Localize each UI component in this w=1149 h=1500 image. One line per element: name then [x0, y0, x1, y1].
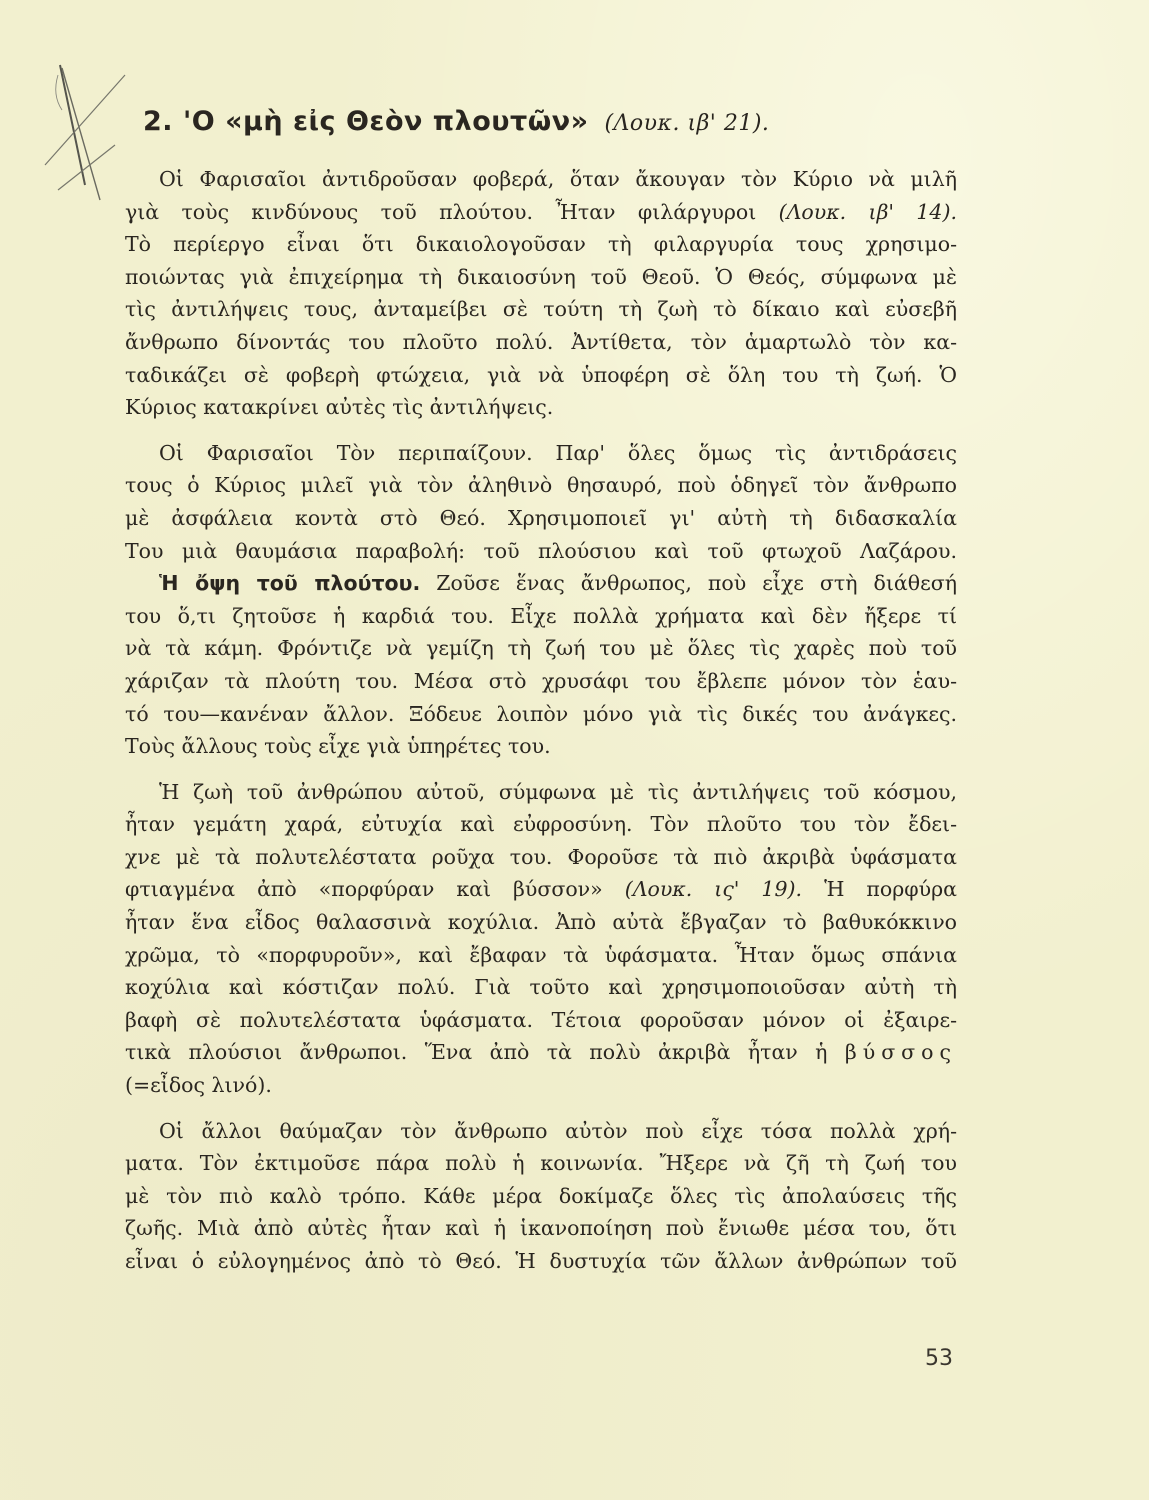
text-line: τους ὁ Κύριος μιλεῖ γιὰ τὸν ἀληθινὸ θησα… — [125, 469, 957, 502]
text-line: ἦταν γεμάτη χαρά, εὐτυχία καὶ εὐφροσύνη.… — [125, 808, 957, 841]
text-line: Κύριος κατακρίνει αὐτὲς τὶς ἀντιλήψεις. — [125, 391, 957, 424]
text-line: Οἱ Φαρισαῖοι ἀντιδροῦσαν φοβερά, ὅταν ἄκ… — [125, 163, 957, 196]
text-line: φτιαγμένα ἀπὸ «πορφύραν καὶ βύσσον» (Λου… — [125, 873, 957, 906]
subheading: Ἡ ὄψη τοῦ πλούτου. — [159, 571, 420, 595]
page-number: 53 — [925, 1346, 953, 1371]
text-line: ματα. Τὸν ἐκτιμοῦσε πάρα πολὺ ἡ κοινωνία… — [125, 1147, 957, 1180]
text-line: Οἱ Φαρισαῖοι Τὸν περιπαίζουν. Παρ' ὅλες … — [125, 437, 957, 470]
body-text: Οἱ Φαρισαῖοι ἀντιδροῦσαν φοβερά, ὅταν ἄκ… — [125, 163, 957, 1291]
text-line: του ὅ,τι ζητοῦσε ἡ καρδιά του. Εἶχε πολλ… — [125, 600, 957, 633]
text-line: ποιώντας γιὰ ἐπιχείρημα τὴ δικαιοσύνη το… — [125, 261, 957, 294]
emphasized-word: βύσσος — [845, 1040, 957, 1064]
paragraph-5: Οἱ ἄλλοι θαύμαζαν τὸν ἄνθρωπο αὐτὸν ποὺ … — [125, 1115, 957, 1278]
text-line: τικὰ πλούσιοι ἄνθρωποι. Ἕνα ἀπὸ τὰ πολὺ … — [125, 1036, 957, 1069]
text-line: νὰ τὰ κάμη. Φρόντιζε νὰ γεμίζη τὴ ζωή το… — [125, 632, 957, 665]
paragraph-3: Ἡ ὄψη τοῦ πλούτου. Ζοῦσε ἕνας ἄνθρωπος, … — [125, 567, 957, 763]
book-page: 2. 'Ο «μὴ εἰς Θεὸν πλουτῶν» (Λουκ. ιβ' 2… — [0, 0, 1149, 1500]
text-line: ζωῆς. Μιὰ ἀπὸ αὐτὲς ἦταν καὶ ἡ ἱκανοποίη… — [125, 1212, 957, 1245]
text-line: ταδικάζει σὲ φοβερὴ φτώχεια, γιὰ νὰ ὑποφ… — [125, 359, 957, 392]
text-line: τό του—κανέναν ἄλλον. Ξόδευε λοιπὸν μόνο… — [125, 698, 957, 731]
text-line: τὶς ἀντιλήψεις τους, ἀνταμείβει σὲ τούτη… — [125, 293, 957, 326]
text-line: βαφὴ σὲ πολυτελέστατα ὑφάσματα. Τέτοια φ… — [125, 1004, 957, 1037]
paragraph-4: Ἡ ζωὴ τοῦ ἀνθρώπου αὐτοῦ, σύμφωνα μὲ τὶς… — [125, 776, 957, 1102]
text-line: μὲ τὸν πιὸ καλὸ τρόπο. Κάθε μέρα δοκίμαζ… — [125, 1180, 957, 1213]
text-line: Ἡ ὄψη τοῦ πλούτου. Ζοῦσε ἕνας ἄνθρωπος, … — [125, 567, 957, 600]
text-line: μὲ ἀσφάλεια κοντὰ στὸ Θεό. Χρησιμοποιεῖ … — [125, 502, 957, 535]
text-line: χνε μὲ τὰ πολυτελέστατα ροῦχα του. Φοροῦ… — [125, 841, 957, 874]
text-line: (=εἶδος λινό). — [125, 1069, 957, 1102]
scripture-reference: (Λουκ. ιβ' 21). — [604, 111, 769, 136]
text-line: χρῶμα, τὸ «πορφυροῦν», καὶ ἔβαφαν τὰ ὑφά… — [125, 939, 957, 972]
section-number: 2. — [143, 106, 173, 137]
text-line: Τοὺς ἄλλους τοὺς εἶχε γιὰ ὑπηρέτες του. — [125, 730, 957, 763]
text-line: Του μιὰ θαυμάσια παραβολή: τοῦ πλούσιου … — [125, 535, 957, 568]
text-line: ἄνθρωπο δίνοντάς του πλοῦτο πολύ. Ἀντίθε… — [125, 326, 957, 359]
paragraph-2: Οἱ Φαρισαῖοι Τὸν περιπαίζουν. Παρ' ὅλες … — [125, 437, 957, 567]
text-line: Τὸ περίεργο εἶναι ὅτι δικαιολογοῦσαν τὴ … — [125, 228, 957, 261]
scripture-reference: (Λουκ. ιβ' 14). — [779, 200, 957, 224]
section-title: 'Ο «μὴ εἰς Θεὸν πλουτῶν» — [183, 106, 589, 137]
paragraph-1: Οἱ Φαρισαῖοι ἀντιδροῦσαν φοβερά, ὅταν ἄκ… — [125, 163, 957, 424]
text-line: Ἡ ζωὴ τοῦ ἀνθρώπου αὐτοῦ, σύμφωνα μὲ τὶς… — [125, 776, 957, 809]
section-heading: 2. 'Ο «μὴ εἰς Θεὸν πλουτῶν» (Λουκ. ιβ' 2… — [143, 106, 769, 137]
text-line: γιὰ τοὺς κινδύνους τοῦ πλούτου. Ἦταν φιλ… — [125, 196, 957, 229]
text-line: ἦταν ἕνα εἶδος θαλασσινὰ κοχύλια. Ἀπὸ αὐ… — [125, 906, 957, 939]
text-line: εἶναι ὁ εὐλογημένος ἀπὸ τὸ Θεό. Ἡ δυστυχ… — [125, 1245, 957, 1278]
scripture-reference: (Λουκ. ις' 19). — [625, 877, 802, 901]
text-line: χάριζαν τὰ πλούτη του. Μέσα στὸ χρυσάφι … — [125, 665, 957, 698]
text-line: κοχύλια καὶ κόστιζαν πολύ. Γιὰ τοῦτο καὶ… — [125, 971, 957, 1004]
text-line: Οἱ ἄλλοι θαύμαζαν τὸν ἄνθρωπο αὐτὸν ποὺ … — [125, 1115, 957, 1148]
